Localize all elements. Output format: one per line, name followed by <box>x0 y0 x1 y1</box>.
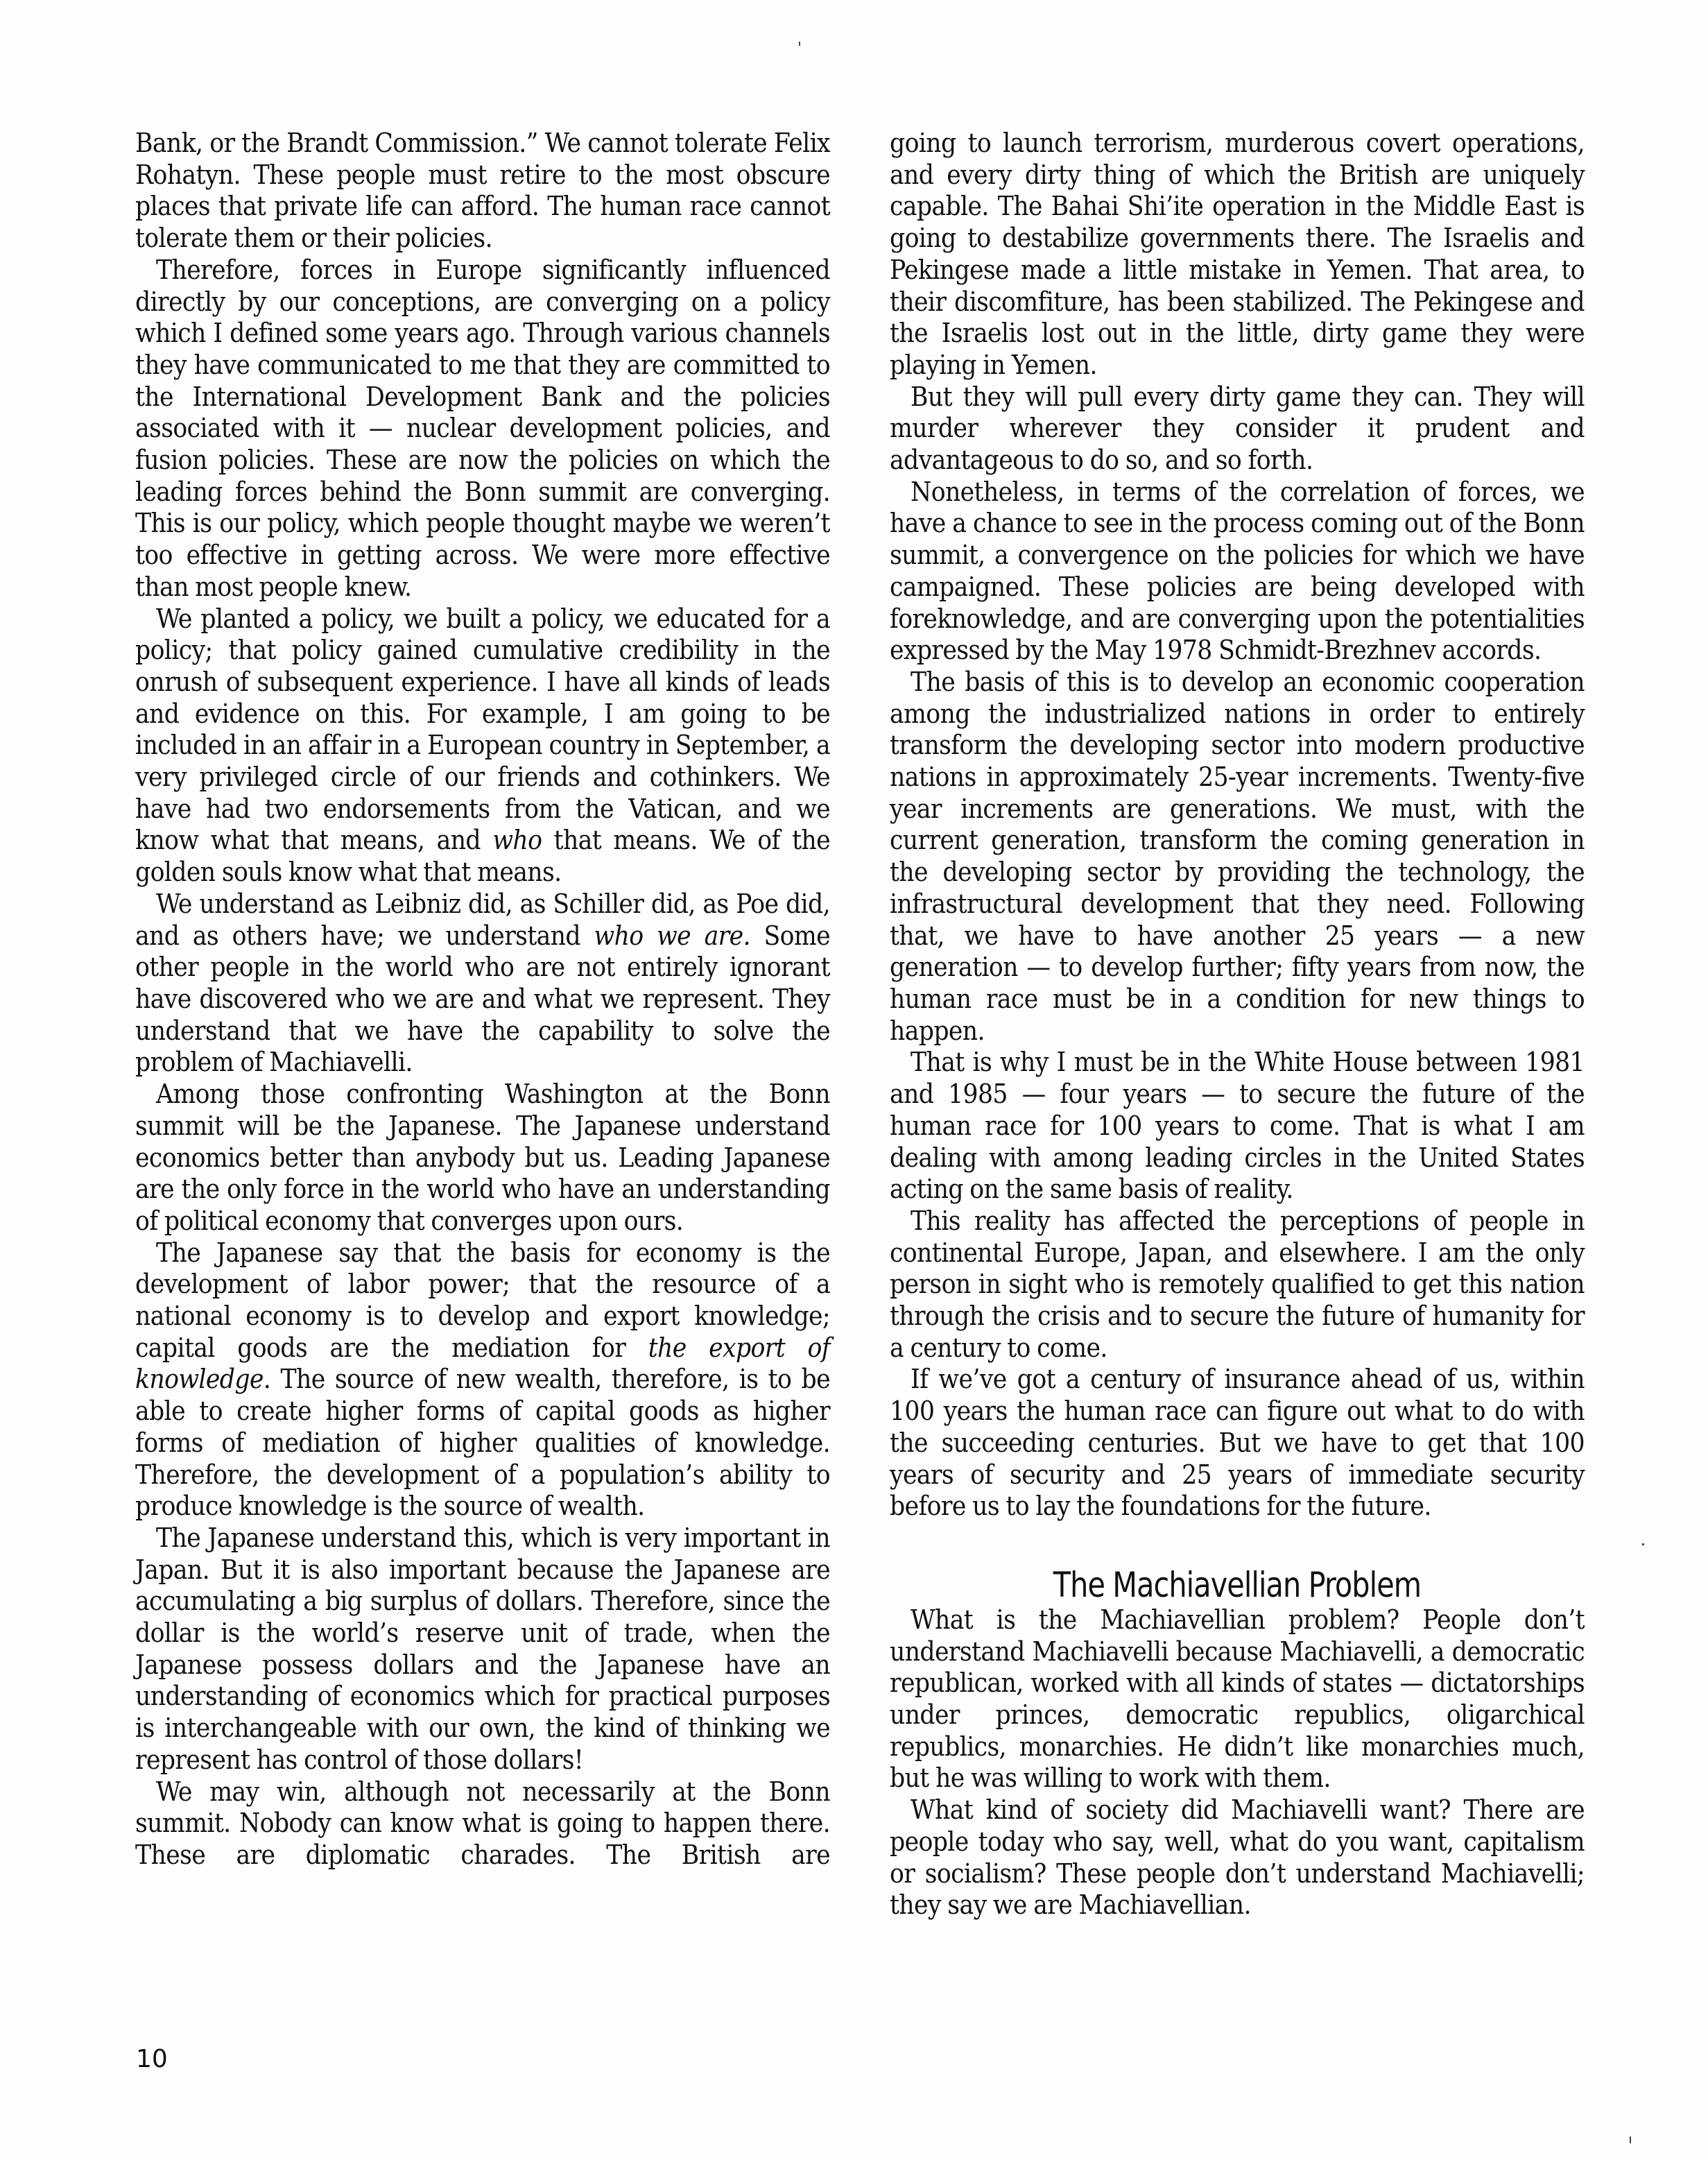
paragraph: Therefore, forces in Europe significantl… <box>135 255 830 603</box>
paragraph: Among those confronting Washington at th… <box>135 1079 830 1237</box>
paragraph: going to launch terrorism, murderous cov… <box>890 128 1585 382</box>
italic-text: who <box>492 825 542 856</box>
left-column: Bank, or the Brandt Commission.” We cann… <box>135 128 830 1871</box>
paragraph: What is the Machiavellian problem? Peopl… <box>890 1604 1585 1794</box>
paragraph: The Japanese understand this, which is v… <box>135 1523 830 1776</box>
paragraph: Nonetheless, in terms of the correlation… <box>890 477 1585 667</box>
italic-text: who we are. <box>594 920 750 952</box>
paragraph: We may win, although not necessarily at … <box>135 1776 830 1871</box>
right-column: going to launch terrorism, murderous cov… <box>890 128 1585 1921</box>
scan-speck <box>1642 1543 1644 1545</box>
paragraph: This reality has affected the perception… <box>890 1206 1585 1364</box>
paragraph: That is why I must be in the White House… <box>890 1047 1585 1206</box>
text-run: We planted a policy, we built a policy, … <box>135 603 830 857</box>
scan-speck <box>1630 2136 1631 2143</box>
paragraph: We planted a policy, we built a policy, … <box>135 603 830 889</box>
paragraph: The Japanese say that the basis for econ… <box>135 1237 830 1523</box>
paragraph: The basis of this is to develop an econo… <box>890 667 1585 1047</box>
paragraph: But they will pull every dirty game they… <box>890 382 1585 477</box>
scan-speck <box>799 42 800 46</box>
paragraph: What kind of society did Machiavelli wan… <box>890 1794 1585 1921</box>
paragraph: We understand as Leibniz did, as Schille… <box>135 889 830 1079</box>
section-heading: The Machiavellian Problem <box>917 1566 1557 1604</box>
page-number: 10 <box>136 2045 168 2073</box>
paragraph: Bank, or the Brandt Commission.” We cann… <box>135 128 830 255</box>
document-page: Bank, or the Brandt Commission.” We cann… <box>0 0 1708 2160</box>
paragraph: If we’ve got a century of insurance ahea… <box>890 1364 1585 1523</box>
